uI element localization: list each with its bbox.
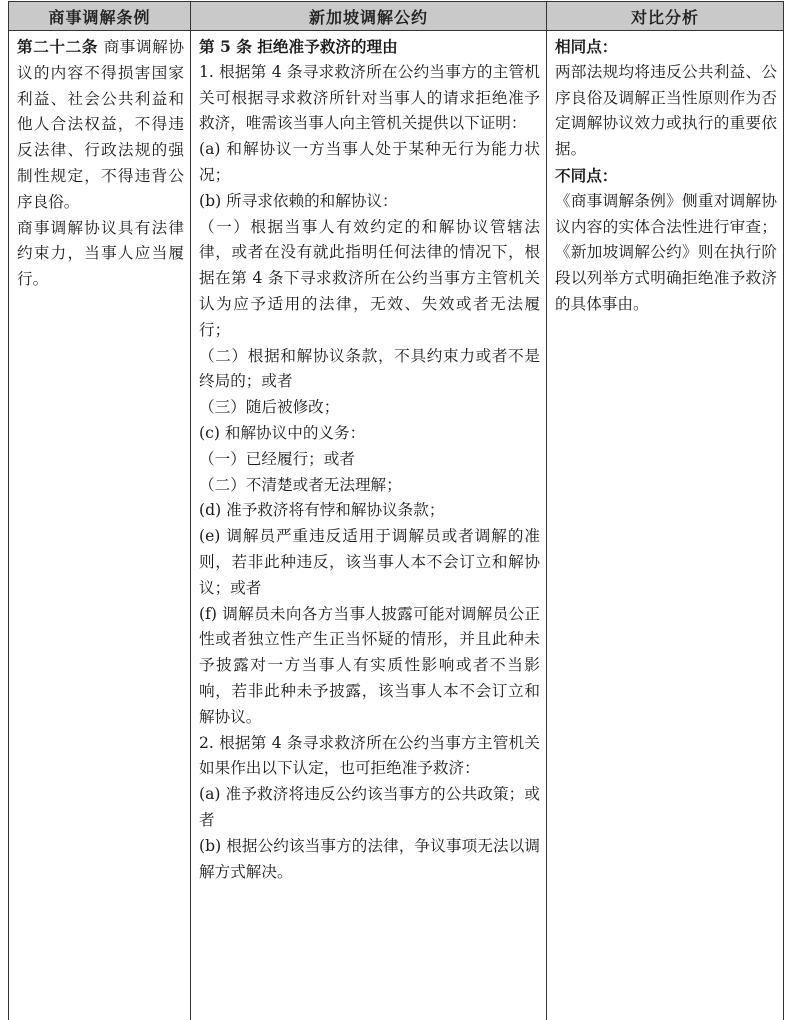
article-22-text-1: 商事调解协议的内容不得损害国家利益、社会公共利益和他人合法权益，不得违反法律、行…: [17, 38, 184, 211]
convention-para: (b) 所寻求依赖的和解协议：: [199, 189, 540, 215]
convention-para: （二）不清楚或者无法理解；: [199, 473, 540, 499]
article-5-title: 第 5 条 拒绝准予救济的理由: [199, 34, 540, 60]
convention-para: (a) 准予救济将违反公约该当事方的公共政策；或者: [199, 782, 540, 834]
convention-para: (b) 根据公约该当事方的法律，争议事项无法以调解方式解决。: [199, 834, 540, 886]
convention-para: (a) 和解协议一方当事人处于某种无行为能力状况；: [199, 137, 540, 189]
article-22-text-2: 商事调解协议具有法律约束力，当事人应当履行。: [17, 219, 184, 289]
cell-convention: 第 5 条 拒绝准予救济的理由 1. 根据第 4 条寻求救济所在公约当事方的主管…: [191, 31, 547, 1020]
article-22-para-1: 第二十二条 商事调解协议的内容不得损害国家利益、社会公共利益和他人合法权益，不得…: [17, 34, 184, 216]
content-row: 第二十二条 商事调解协议的内容不得损害国家利益、社会公共利益和他人合法权益，不得…: [9, 31, 784, 1020]
convention-para: (e) 调解员严重违反适用于调解员或者调解的准则，若非此种违反，该当事人本不会订…: [199, 524, 540, 601]
similarities-text: 两部法规均将违反公共利益、公序良俗及调解正当性原则作为否定调解协议效力或执行的重…: [555, 60, 777, 163]
article-22-para-2: 商事调解协议具有法律约束力，当事人应当履行。: [17, 216, 184, 293]
convention-para: （一）根据当事人有效约定的和解协议管辖法律，或者在没有就此指明任何法律的情况下，…: [199, 215, 540, 344]
header-commercial-mediation-regulation: 商事调解条例: [9, 2, 191, 31]
convention-para: 2. 根据第 4 条寻求救济所在公约当事方主管机关如果作出以下认定，也可拒绝准予…: [199, 731, 540, 783]
convention-para: （一）已经履行；或者: [199, 447, 540, 473]
differences-text: 《商事调解条例》侧重对调解协议内容的实体合法性进行审查；《新加坡调解公约》则在执…: [555, 189, 777, 318]
convention-para: (c) 和解协议中的义务：: [199, 421, 540, 447]
header-row: 商事调解条例 新加坡调解公约 对比分析: [9, 2, 784, 31]
similarities-label: 相同点：: [555, 34, 777, 60]
convention-para: （二）根据和解协议条款，不具约束力或者不是终局的；或者: [199, 344, 540, 396]
cell-regulation: 第二十二条 商事调解协议的内容不得损害国家利益、社会公共利益和他人合法权益，不得…: [9, 31, 191, 1020]
header-comparative-analysis: 对比分析: [547, 2, 784, 31]
article-22-label: 第二十二条: [17, 37, 98, 56]
convention-para: (d) 准予救济将有悖和解协议条款；: [199, 498, 540, 524]
convention-para: (f) 调解员未向各方当事人披露可能对调解员公正性或者独立性产生正当怀疑的情形，…: [199, 602, 540, 731]
convention-para: （三）随后被修改；: [199, 395, 540, 421]
header-singapore-convention: 新加坡调解公约: [191, 2, 547, 31]
cell-analysis: 相同点： 两部法规均将违反公共利益、公序良俗及调解正当性原则作为否定调解协议效力…: [547, 31, 784, 1020]
differences-label: 不同点：: [555, 163, 777, 189]
convention-para: 1. 根据第 4 条寻求救济所在公约当事方的主管机关可根据寻求救济所针对当事人的…: [199, 60, 540, 137]
comparison-table: 商事调解条例 新加坡调解公约 对比分析 第二十二条 商事调解协议的内容不得损害国…: [8, 1, 784, 1020]
